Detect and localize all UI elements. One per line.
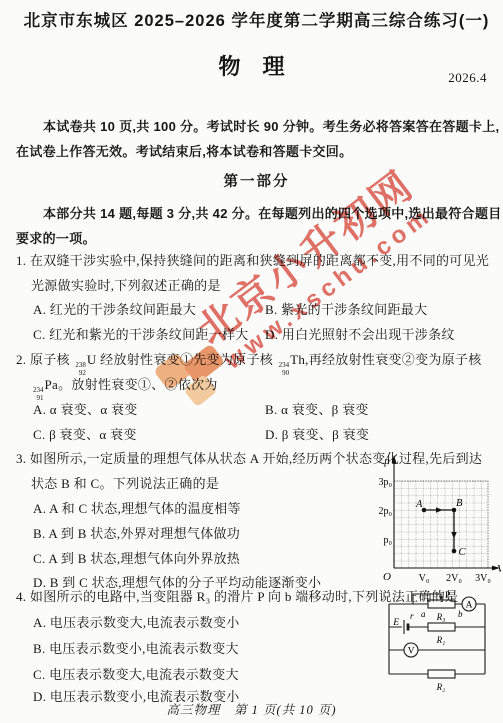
xtick-2v0: 2V₀ [446,573,462,584]
q2-option-a: A. α 衰变、α 衰变 [33,402,138,417]
subject-title: 物理 [0,52,503,82]
part-desc-line1: 本部分共 14 题,每题 3 分,共 42 分。在每题列出的四个选项中,选出最符… [16,201,497,226]
q1-option-b: B. 紫光的干涉条纹间距最大 [265,297,427,322]
exam-title: 北京市东城区 2025–2026 学年度第二学期高三综合练习(一) [16,9,497,34]
q3-pv-diagram: p 3p₀ 2p₀ p₀ O V₀ 2V₀ 3V₀ V A B C [366,450,501,590]
ytick-3p0: 3p₀ [379,477,393,488]
part-title: 第一部分 [16,170,497,195]
page-footer: 高三物理 第 1 页(共 10 页) [0,700,503,718]
internal-resistance-label: r [410,611,414,621]
resistor2-label: R₂ [436,682,446,692]
protactinium-symbol: Pa [45,377,59,392]
q1-option-d: D. 用白光照射不会出现干涉条纹 [265,322,455,347]
q2-options-ab: A. α 衰变、α 衰变 B. α 衰变、β 衰变 [16,397,497,422]
resistor-r1-body [428,623,455,631]
q4-circuit-diagram: E r P a b R₃ R₁ R₂ A V [383,589,501,707]
y-axis-label: p [383,455,390,467]
ytick-p0: p₀ [384,535,393,546]
xtick-v0: V₀ [419,573,430,584]
q2-options-cd: C. β 衰变、α 衰变 D. β 衰变、β 衰变 [16,422,497,447]
y-axis-arrow-icon [392,455,397,463]
notice-line2: 在试卷上作答无效。考试结束后,将本试卷和答题卡交回。 [16,139,497,164]
resistor-r2-body [428,670,455,678]
q1-line1: 1. 在双缝干涉实验中,保持狭缝间的距离和狭缝到屏的距离都不变,用不同的可见光 [16,248,497,273]
label-c: C [459,547,467,558]
label-b: B [456,498,463,509]
q2-option-d: D. β 衰变、β 衰变 [265,422,369,447]
q2-text-mid: 经放射性衰变①先变为原子核 [100,352,273,367]
exam-paper-page: 北京市东城区 2025–2026 学年度第二学期高三综合练习(一) 物理 202… [0,0,503,723]
q2-line2-rest: 。放射性衰变①、②依次为 [58,377,218,392]
state-point-c [452,549,457,554]
slider-tap-wire [413,594,441,604]
ammeter-label: A [466,601,473,611]
uranium-symbol: U [87,352,97,367]
graph-grid [394,481,488,568]
q1-line2: 光源做实验时,下列叙述正确的是 [16,273,497,298]
thorium-symbol: Th [290,352,305,367]
q2-option-c: C. β 衰变、α 衰变 [33,427,137,442]
q2-text-tail: ,再经放射性衰变②变为原子核 [305,352,481,367]
x-axis-label: V [497,563,501,575]
origin-label: O [383,571,391,583]
label-a: A [415,499,423,510]
q2-text-prefix: 2. 原子核 [16,352,70,367]
q2-line1: 2. 原子核 23892U 经放射性衰变①先变为原子核 23490Th,再经放射… [16,347,497,372]
q2-option-b: B. α 衰变、β 衰变 [265,397,369,422]
exam-date: 2026.4 [448,70,487,86]
q1-options-cd: C. 红光和紫光的干涉条纹间距一样大 D. 用白光照射不会出现干涉条纹 [16,322,497,347]
ytick-2p0: 2p₀ [379,506,393,517]
q1-option-c: C. 红光和紫光的干涉条纹间距一样大 [33,327,249,342]
voltmeter-label: V [408,647,415,657]
q1-options-ab: A. 红光的干涉条纹间距最大 B. 紫光的干涉条纹间距最大 [16,297,497,322]
rheostat-label: R₃ [436,612,446,622]
rheostat-r3-body [428,600,455,608]
slider-label: P [445,591,450,601]
xtick-3v0: 3V₀ [475,573,491,584]
q2-line2: 23491Pa。放射性衰变①、②依次为 [16,372,497,397]
q1-option-a: A. 红光的干涉条纹间距最大 [33,302,196,317]
resistor1-label: R₁ [436,635,446,645]
end-a-label: a [421,609,426,619]
battery-label: E [392,618,399,628]
notice-line1: 本试卷共 10 页,共 100 分。考试时长 90 分钟。考生务必将答案答在答题… [16,114,497,139]
end-b-label: b [458,609,463,619]
